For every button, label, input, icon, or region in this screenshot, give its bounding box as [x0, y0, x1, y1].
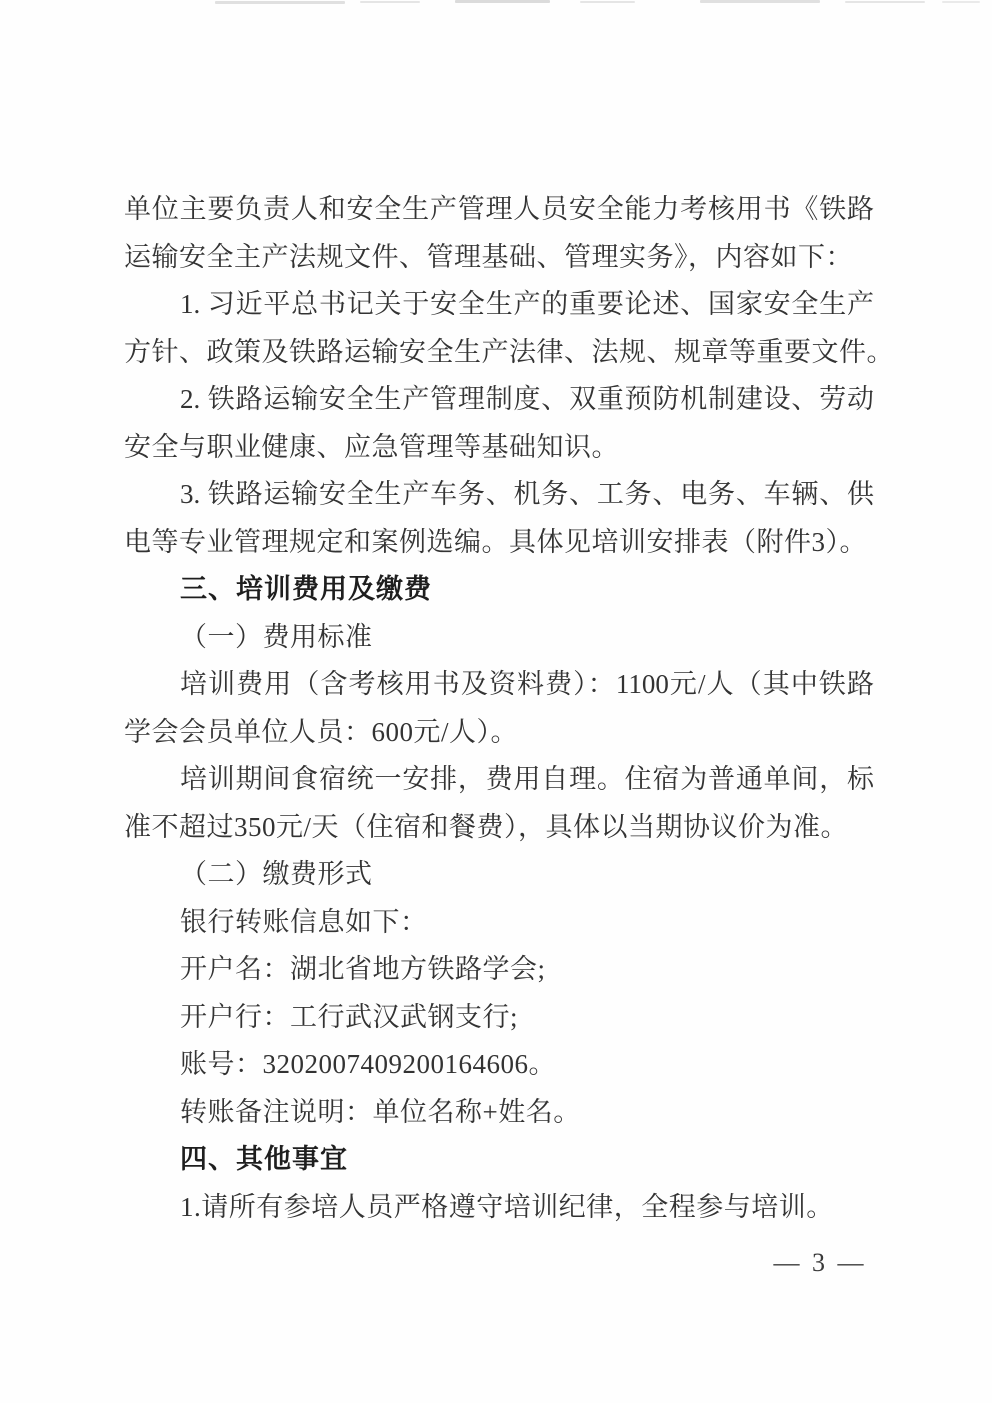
doc-line: 运输安全主产法规文件、管理基础、管理实务》，内容如下： — [124, 234, 874, 282]
subsection-heading-fee-standard: （一）费用标准 — [124, 614, 874, 662]
doc-line: 2. 铁路运输安全生产管理制度、双重预防机制建设、劳动 — [124, 376, 874, 424]
doc-line: 培训期间食宿统一安排，费用自理。住宿为普通单间，标 — [124, 756, 874, 804]
doc-line: 单位主要负责人和安全生产管理人员安全能力考核用书《铁路 — [124, 186, 874, 234]
doc-line: 1. 习近平总书记关于安全生产的重要论述、国家安全生产 — [124, 281, 874, 329]
bank-branch: 开户行：工行武汉武钢支行; — [124, 994, 874, 1042]
document-body: 单位主要负责人和安全生产管理人员安全能力考核用书《铁路 运输安全主产法规文件、管… — [124, 186, 874, 1231]
scan-noise — [455, 0, 550, 3]
bank-account-number: 账号：3202007409200164606。 — [124, 1041, 874, 1089]
doc-line: 电等专业管理规定和案例选编。具体见培训安排表（附件3）。 — [124, 519, 874, 567]
scan-noise — [580, 1, 635, 3]
subsection-heading-payment-form: （二）缴费形式 — [124, 851, 874, 899]
scanned-document-page: 单位主要负责人和安全生产管理人员安全能力考核用书《铁路 运输安全主产法规文件、管… — [0, 0, 992, 1403]
scan-noise — [942, 1, 980, 3]
page-number: — 3 — — [772, 1246, 868, 1280]
scan-noise — [360, 1, 420, 3]
bank-transfer-intro: 银行转账信息如下： — [124, 899, 874, 947]
doc-line: 准不超过350元/天（住宿和餐费），具体以当期协议价为准。 — [124, 804, 874, 852]
doc-line: 3. 铁路运输安全生产车务、机务、工务、电务、车辆、供 — [124, 471, 874, 519]
doc-line: 学会会员单位人员：600元/人）。 — [124, 709, 874, 757]
scan-noise — [700, 0, 820, 3]
doc-line: 培训费用（含考核用书及资料费）：1100元/人（其中铁路 — [124, 661, 874, 709]
scan-noise — [845, 1, 925, 3]
bank-account-name: 开户名：湖北省地方铁路学会; — [124, 946, 874, 994]
section-heading-training-fees: 三、培训费用及缴费 — [124, 566, 874, 614]
doc-line: 方针、政策及铁路运输安全生产法律、法规、规章等重要文件。 — [124, 329, 874, 377]
doc-line: 安全与职业健康、应急管理等基础知识。 — [124, 424, 874, 472]
transfer-remark-note: 转账备注说明：单位名称+姓名。 — [124, 1089, 874, 1137]
doc-line: 1.请所有参培人员严格遵守培训纪律，全程参与培训。 — [124, 1184, 874, 1232]
scan-noise — [215, 1, 345, 4]
section-heading-other-matters: 四、其他事宜 — [124, 1136, 874, 1184]
